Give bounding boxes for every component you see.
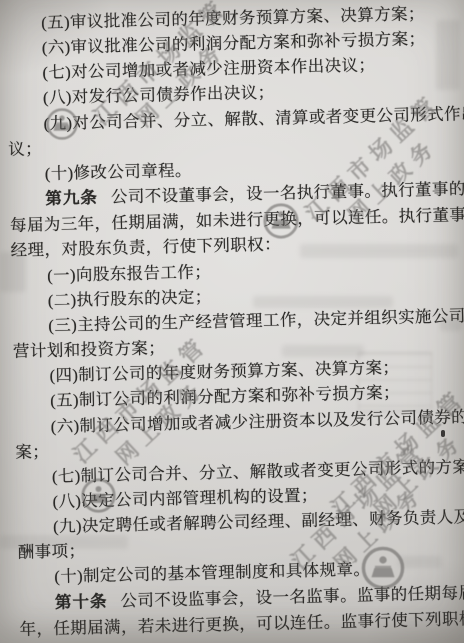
document-photo: (五)审议批准公司的年度财务预算方案、决算方案； (六)审议批准公司的利润分配方… (0, 0, 464, 643)
national-emblem-seal-icon (360, 545, 406, 591)
national-emblem-seal-icon (45, 107, 79, 141)
article-number: 第九条 (45, 189, 98, 208)
article-number: 第十条 (55, 592, 108, 611)
national-emblem-seal-icon (262, 202, 300, 240)
national-emblem-seal-icon (80, 477, 117, 514)
